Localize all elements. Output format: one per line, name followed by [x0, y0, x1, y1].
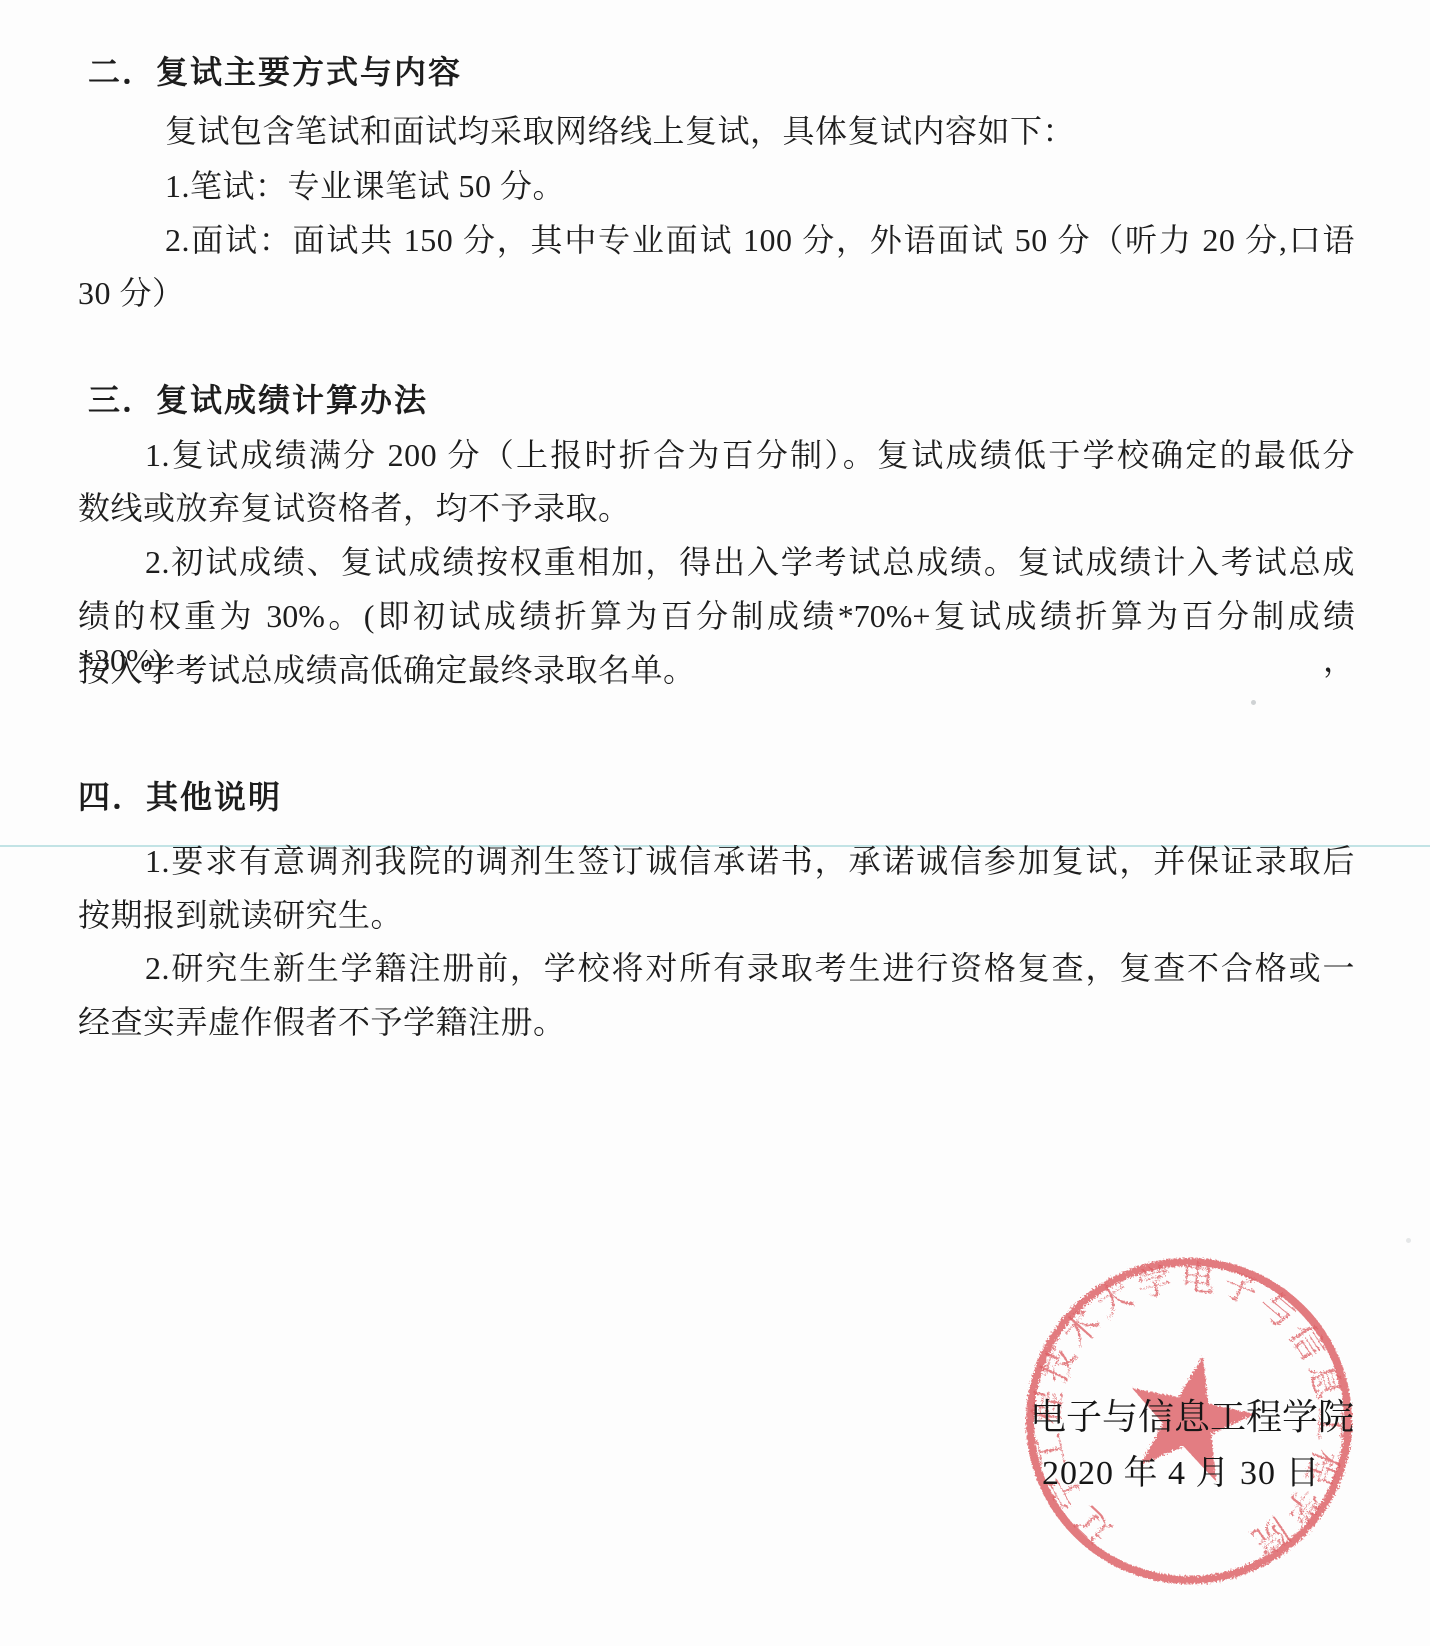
body-line: 2.研究生新生学籍注册前，学校将对所有录取考生进行资格复查，复查不合格或一	[145, 946, 1355, 990]
signature-date: 2020 年 4 月 30 日	[1042, 1454, 1321, 1494]
scanned-document-page: 二．复试主要方式与内容 复试包含笔试和面试均采取网络线上复试，具体复试内容如下：…	[0, 0, 1430, 1646]
body-line: 1.复试成绩满分 200 分（上报时折合为百分制）。复试成绩低于学校确定的最低分	[145, 433, 1355, 477]
signature-college: 电子与信息工程学院	[1030, 1396, 1354, 1438]
body-line: 2.初试成绩、复试成绩按权重相加，得出入学考试总成绩。复试成绩计入考试总成	[145, 540, 1355, 584]
scan-speck	[1251, 700, 1256, 705]
body-line: 1.笔试：专业课笔试 50 分。	[165, 164, 565, 208]
scan-speck	[1406, 1238, 1411, 1243]
body-line: 按期报到就读研究生。	[78, 893, 403, 937]
body-line: 数线或放弃复试资格者，均不予录取。	[78, 486, 631, 530]
body-line: 经查实弄虚作假者不予学籍注册。	[78, 1000, 566, 1044]
section-heading-3: 三．复试成绩计算办法	[88, 378, 428, 422]
body-line: 30 分）	[78, 271, 185, 315]
section-heading-2: 二．复试主要方式与内容	[88, 50, 462, 94]
body-line: 复试包含笔试和面试均采取网络线上复试，具体复试内容如下：	[165, 109, 1075, 153]
section-heading-4: 四．其他说明	[78, 775, 282, 819]
body-line: 1.要求有意调剂我院的调剂生签订诚信承诺书，承诺诚信参加复试，并保证录取后	[145, 839, 1355, 883]
body-line: 按入学考试总成绩高低确定最终录取名单。	[78, 648, 696, 692]
body-line: 2.面试：面试共 150 分，其中专业面试 100 分，外语面试 50 分（听力…	[165, 218, 1355, 262]
